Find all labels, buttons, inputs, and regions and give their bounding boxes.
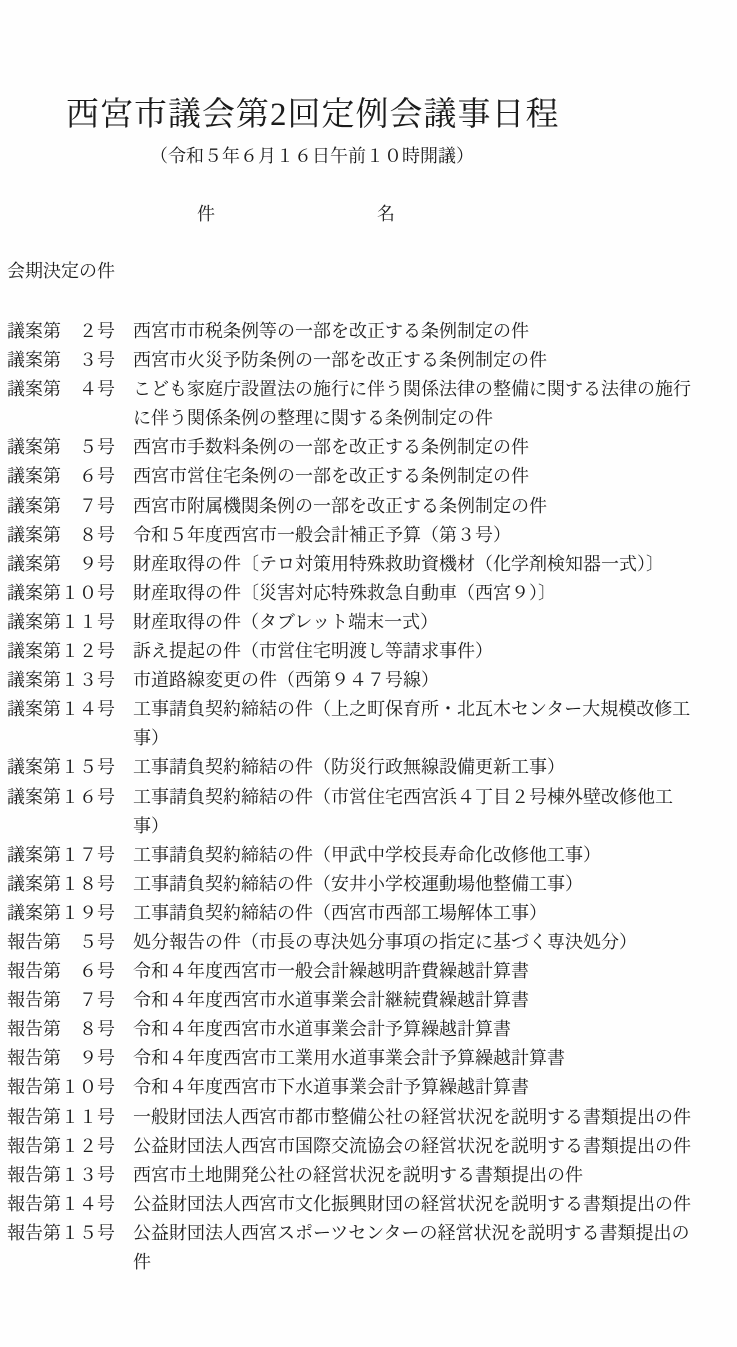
item-title-line: 財産取得の件〔災害対応特殊救急自動車（西宮９）〕 bbox=[133, 579, 733, 608]
column-header: 件 名 bbox=[0, 200, 737, 229]
item-number: 報告第 ８号 bbox=[7, 1015, 133, 1044]
item-title: 訴え提起の件（市営住宅明渡し等請求事件） bbox=[133, 637, 733, 666]
item-title-line: 西宮市火災予防条例の一部を改正する条例制定の件 bbox=[133, 346, 733, 375]
item-number: 議案第 ７号 bbox=[7, 492, 133, 521]
column-header-mei: 名 bbox=[377, 200, 395, 229]
item-number: 議案第 ２号 bbox=[7, 317, 133, 346]
item-number: 報告第１５号 bbox=[7, 1219, 133, 1248]
item-number: 報告第１４号 bbox=[7, 1190, 133, 1219]
agenda-items: 議案第 ２号西宮市市税条例等の一部を改正する条例制定の件議案第 ３号西宮市火災予… bbox=[7, 317, 733, 1277]
item-title: 令和４年度西宮市一般会計繰越明許費繰越計算書 bbox=[133, 957, 733, 986]
item-number: 議案第 ５号 bbox=[7, 433, 133, 462]
item-title: 財産取得の件（タブレット端末一式） bbox=[133, 608, 733, 637]
item-number: 議案第１１号 bbox=[7, 608, 133, 637]
item-title: 令和４年度西宮市水道事業会計継続費繰越計算書 bbox=[133, 986, 733, 1015]
item-title-line: に伴う関係条例の整理に関する条例制定の件 bbox=[133, 404, 733, 433]
item-title: 一般財団法人西宮市都市整備公社の経営状況を説明する書類提出の件 bbox=[133, 1103, 733, 1132]
item-title-line: 西宮市土地開発公社の経営状況を説明する書類提出の件 bbox=[133, 1161, 733, 1190]
agenda-item: 議案第１８号工事請負契約締結の件（安井小学校運動場他整備工事） bbox=[7, 870, 733, 899]
item-title-line: 事） bbox=[133, 812, 733, 841]
agenda-item: 議案第１３号市道路線変更の件（西第９４７号線） bbox=[7, 666, 733, 695]
item-title: 令和５年度西宮市一般会計補正予算（第３号） bbox=[133, 521, 733, 550]
agenda-item: 報告第 ９号令和４年度西宮市工業用水道事業会計予算繰越計算書 bbox=[7, 1044, 733, 1073]
item-title: 工事請負契約締結の件（防災行政無線設備更新工事） bbox=[133, 753, 733, 782]
agenda-item: 報告第１３号西宮市土地開発公社の経営状況を説明する書類提出の件 bbox=[7, 1161, 733, 1190]
item-number: 報告第 ７号 bbox=[7, 986, 133, 1015]
agenda-item: 報告第 ８号令和４年度西宮市水道事業会計予算繰越計算書 bbox=[7, 1015, 733, 1044]
item-title-line: 財産取得の件〔テロ対策用特殊救助資機材（化学剤検知器一式）〕 bbox=[133, 550, 733, 579]
item-title-line: 工事請負契約締結の件（西宮市西部工場解体工事） bbox=[133, 899, 733, 928]
agenda-item: 議案第 ７号西宮市附属機関条例の一部を改正する条例制定の件 bbox=[7, 492, 733, 521]
item-title-line: 公益財団法人西宮市国際交流協会の経営状況を説明する書類提出の件 bbox=[133, 1132, 733, 1161]
item-number: 報告第 ９号 bbox=[7, 1044, 133, 1073]
item-title-line: 工事請負契約締結の件（安井小学校運動場他整備工事） bbox=[133, 870, 733, 899]
agenda-item: 議案第 ６号西宮市営住宅条例の一部を改正する条例制定の件 bbox=[7, 462, 733, 491]
item-title-line: こども家庭庁設置法の施行に伴う関係法律の整備に関する法律の施行 bbox=[133, 375, 733, 404]
item-title: 西宮市附属機関条例の一部を改正する条例制定の件 bbox=[133, 492, 733, 521]
item-number: 議案第 ９号 bbox=[7, 550, 133, 579]
agenda-item: 議案第 ２号西宮市市税条例等の一部を改正する条例制定の件 bbox=[7, 317, 733, 346]
item-title: 西宮市土地開発公社の経営状況を説明する書類提出の件 bbox=[133, 1161, 733, 1190]
item-number: 議案第 ８号 bbox=[7, 521, 133, 550]
agenda-item: 報告第 ５号処分報告の件（市長の専決処分事項の指定に基づく専決処分） bbox=[7, 928, 733, 957]
item-title: 公益財団法人西宮スポーツセンターの経営状況を説明する書類提出の件 bbox=[133, 1219, 733, 1277]
agenda-item: 議案第 ９号財産取得の件〔テロ対策用特殊救助資機材（化学剤検知器一式）〕 bbox=[7, 550, 733, 579]
agenda-item: 議案第１２号訴え提起の件（市営住宅明渡し等請求事件） bbox=[7, 637, 733, 666]
item-title: 市道路線変更の件（西第９４７号線） bbox=[133, 666, 733, 695]
item-title-line: 西宮市附属機関条例の一部を改正する条例制定の件 bbox=[133, 492, 733, 521]
item-title-line: 西宮市手数料条例の一部を改正する条例制定の件 bbox=[133, 433, 733, 462]
agenda-item: 議案第１９号工事請負契約締結の件（西宮市西部工場解体工事） bbox=[7, 899, 733, 928]
item-title: 西宮市営住宅条例の一部を改正する条例制定の件 bbox=[133, 462, 733, 491]
item-number: 報告第１１号 bbox=[7, 1103, 133, 1132]
item-title-line: 令和４年度西宮市一般会計繰越明許費繰越計算書 bbox=[133, 957, 733, 986]
agenda-item: 議案第１４号工事請負契約締結の件（上之町保育所・北瓦木センター大規模改修工事） bbox=[7, 695, 733, 753]
agenda-item: 報告第１１号一般財団法人西宮市都市整備公社の経営状況を説明する書類提出の件 bbox=[7, 1103, 733, 1132]
agenda-item: 報告第１０号令和４年度西宮市下水道事業会計予算繰越計算書 bbox=[7, 1073, 733, 1102]
item-title: 公益財団法人西宮市文化振興財団の経営状況を説明する書類提出の件 bbox=[133, 1190, 733, 1219]
item-number: 議案第１０号 bbox=[7, 579, 133, 608]
agenda-item: 議案第１６号工事請負契約締結の件（市営住宅西宮浜４丁目２号棟外壁改修他工事） bbox=[7, 783, 733, 841]
item-number: 議案第１２号 bbox=[7, 637, 133, 666]
item-number: 議案第 ６号 bbox=[7, 462, 133, 491]
agenda-item: 報告第１４号公益財団法人西宮市文化振興財団の経営状況を説明する書類提出の件 bbox=[7, 1190, 733, 1219]
item-title-line: 訴え提起の件（市営住宅明渡し等請求事件） bbox=[133, 637, 733, 666]
item-number: 報告第１０号 bbox=[7, 1073, 133, 1102]
item-number: 議案第１９号 bbox=[7, 899, 133, 928]
item-title-line: 西宮市市税条例等の一部を改正する条例制定の件 bbox=[133, 317, 733, 346]
agenda-item: 報告第 ７号令和４年度西宮市水道事業会計継続費繰越計算書 bbox=[7, 986, 733, 1015]
item-title-line: 令和４年度西宮市水道事業会計継続費繰越計算書 bbox=[133, 986, 733, 1015]
item-title-line: 令和４年度西宮市水道事業会計予算繰越計算書 bbox=[133, 1015, 733, 1044]
agenda-item: 議案第１０号財産取得の件〔災害対応特殊救急自動車（西宮９）〕 bbox=[7, 579, 733, 608]
item-title: 西宮市手数料条例の一部を改正する条例制定の件 bbox=[133, 433, 733, 462]
item-title-line: 工事請負契約締結の件（防災行政無線設備更新工事） bbox=[133, 753, 733, 782]
item-title: 公益財団法人西宮市国際交流協会の経営状況を説明する書類提出の件 bbox=[133, 1132, 733, 1161]
item-title: 西宮市市税条例等の一部を改正する条例制定の件 bbox=[133, 317, 733, 346]
item-number: 報告第 ５号 bbox=[7, 928, 133, 957]
item-number: 議案第 ４号 bbox=[7, 375, 133, 404]
item-title: 処分報告の件（市長の専決処分事項の指定に基づく専決処分） bbox=[133, 928, 733, 957]
item-title-line: 市道路線変更の件（西第９４７号線） bbox=[133, 666, 733, 695]
item-number: 報告第 ６号 bbox=[7, 957, 133, 986]
item-title: 工事請負契約締結の件（安井小学校運動場他整備工事） bbox=[133, 870, 733, 899]
agenda-item: 議案第 ８号令和５年度西宮市一般会計補正予算（第３号） bbox=[7, 521, 733, 550]
agenda-item: 議案第１５号工事請負契約締結の件（防災行政無線設備更新工事） bbox=[7, 753, 733, 782]
opening-agenda-item: 会期決定の件 bbox=[7, 257, 115, 286]
item-number: 議案第１６号 bbox=[7, 783, 133, 812]
agenda-item: 報告第１２号公益財団法人西宮市国際交流協会の経営状況を説明する書類提出の件 bbox=[7, 1132, 733, 1161]
item-title-line: 令和５年度西宮市一般会計補正予算（第３号） bbox=[133, 521, 733, 550]
item-title: 工事請負契約締結の件（西宮市西部工場解体工事） bbox=[133, 899, 733, 928]
item-title-line: 西宮市営住宅条例の一部を改正する条例制定の件 bbox=[133, 462, 733, 491]
item-title-line: 一般財団法人西宮市都市整備公社の経営状況を説明する書類提出の件 bbox=[133, 1103, 733, 1132]
item-title: 令和４年度西宮市下水道事業会計予算繰越計算書 bbox=[133, 1073, 733, 1102]
item-title: 工事請負契約締結の件（甲武中学校長寿命化改修他工事） bbox=[133, 841, 733, 870]
item-title: こども家庭庁設置法の施行に伴う関係法律の整備に関する法律の施行に伴う関係条例の整… bbox=[133, 375, 733, 433]
item-title-line: 工事請負契約締結の件（上之町保育所・北瓦木センター大規模改修工 bbox=[133, 695, 733, 724]
page-subtitle: （令和５年６月１６日午前１０時開議） bbox=[150, 144, 474, 168]
agenda-item: 議案第 ５号西宮市手数料条例の一部を改正する条例制定の件 bbox=[7, 433, 733, 462]
item-title: 令和４年度西宮市水道事業会計予算繰越計算書 bbox=[133, 1015, 733, 1044]
item-title-line: 工事請負契約締結の件（甲武中学校長寿命化改修他工事） bbox=[133, 841, 733, 870]
page-title: 西宮市議会第2回定例会議事日程 bbox=[66, 95, 560, 135]
agenda-item: 議案第 ４号こども家庭庁設置法の施行に伴う関係法律の整備に関する法律の施行に伴う… bbox=[7, 375, 733, 433]
item-title-line: 件 bbox=[133, 1248, 733, 1277]
agenda-item: 議案第１７号工事請負契約締結の件（甲武中学校長寿命化改修他工事） bbox=[7, 841, 733, 870]
item-title: 令和４年度西宮市工業用水道事業会計予算繰越計算書 bbox=[133, 1044, 733, 1073]
item-title-line: 工事請負契約締結の件（市営住宅西宮浜４丁目２号棟外壁改修他工 bbox=[133, 783, 733, 812]
document-page: 西宮市議会第2回定例会議事日程 （令和５年６月１６日午前１０時開議） 件 名 会… bbox=[0, 0, 737, 1347]
agenda-item: 報告第 ６号令和４年度西宮市一般会計繰越明許費繰越計算書 bbox=[7, 957, 733, 986]
agenda-item: 議案第 ３号西宮市火災予防条例の一部を改正する条例制定の件 bbox=[7, 346, 733, 375]
item-title-line: 処分報告の件（市長の専決処分事項の指定に基づく専決処分） bbox=[133, 928, 733, 957]
agenda-item: 報告第１５号公益財団法人西宮スポーツセンターの経営状況を説明する書類提出の件 bbox=[7, 1219, 733, 1277]
item-title-line: 公益財団法人西宮スポーツセンターの経営状況を説明する書類提出の bbox=[133, 1219, 733, 1248]
item-title: 財産取得の件〔テロ対策用特殊救助資機材（化学剤検知器一式）〕 bbox=[133, 550, 733, 579]
item-number: 報告第１２号 bbox=[7, 1132, 133, 1161]
item-number: 議案第１７号 bbox=[7, 841, 133, 870]
item-title-line: 令和４年度西宮市下水道事業会計予算繰越計算書 bbox=[133, 1073, 733, 1102]
item-title: 財産取得の件〔災害対応特殊救急自動車（西宮９）〕 bbox=[133, 579, 733, 608]
item-number: 議案第１５号 bbox=[7, 753, 133, 782]
item-title-line: 事） bbox=[133, 724, 733, 753]
item-title-line: 財産取得の件（タブレット端末一式） bbox=[133, 608, 733, 637]
item-title: 西宮市火災予防条例の一部を改正する条例制定の件 bbox=[133, 346, 733, 375]
item-number: 議案第１４号 bbox=[7, 695, 133, 724]
agenda-item: 議案第１１号財産取得の件（タブレット端末一式） bbox=[7, 608, 733, 637]
item-number: 報告第１３号 bbox=[7, 1161, 133, 1190]
item-number: 議案第１３号 bbox=[7, 666, 133, 695]
item-number: 議案第 ３号 bbox=[7, 346, 133, 375]
column-header-ken: 件 bbox=[197, 200, 215, 229]
item-title: 工事請負契約締結の件（市営住宅西宮浜４丁目２号棟外壁改修他工事） bbox=[133, 783, 733, 841]
item-title-line: 令和４年度西宮市工業用水道事業会計予算繰越計算書 bbox=[133, 1044, 733, 1073]
item-title-line: 公益財団法人西宮市文化振興財団の経営状況を説明する書類提出の件 bbox=[133, 1190, 733, 1219]
item-number: 議案第１８号 bbox=[7, 870, 133, 899]
item-title: 工事請負契約締結の件（上之町保育所・北瓦木センター大規模改修工事） bbox=[133, 695, 733, 753]
